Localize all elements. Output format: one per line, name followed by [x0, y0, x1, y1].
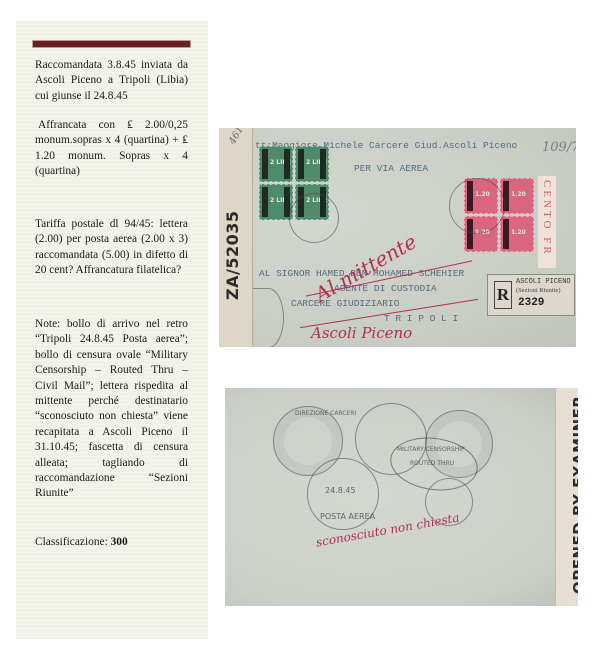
envelope-back-image: DIREZIONE CARCERI 24.8.45 POSTA AEREA MI…: [225, 388, 578, 606]
censor-tape: 461 ZA/52035: [219, 128, 253, 347]
stamp: 1.20: [500, 178, 534, 214]
title-paragraph: Raccomandata 3.8.45 inviata da Ascoli Pi…: [35, 58, 188, 104]
registration-number: 2329: [518, 297, 544, 309]
prison-stamp-text: DIREZIONE CARCERI: [295, 410, 356, 417]
arrival-text: POSTA AEREA: [320, 512, 375, 521]
registration-label: R ASCOLI PICENO (Sezioni Riunite) 2329: [487, 274, 575, 316]
airmail-line: PER VIA AEREA: [354, 163, 428, 174]
stamp: 2 LIRE: [259, 146, 293, 182]
censor-tape-number: ZA/52035: [223, 211, 242, 301]
classification-label: Classificazione:: [35, 536, 108, 548]
censorship-line-1: MILITARY CENSORSHIP: [397, 446, 465, 453]
address-line-3: CARCERE GIUDIZIARIO: [291, 298, 399, 309]
stamp: 2 LIRE: [259, 184, 293, 220]
censor-strip-text: OPENED BY EXAMINER: [570, 396, 578, 594]
departure-postmark: [449, 178, 505, 234]
stamp: 1.20: [500, 216, 534, 252]
sheet-margin: CENTO FR: [538, 176, 556, 268]
transit-postmark: [253, 288, 284, 347]
arrival-date: 24.8.45: [325, 486, 356, 495]
censorship-line-2: ROUTED THRU: [410, 460, 454, 467]
description-panel: Raccomandata 3.8.45 inviata da Ascoli Pi…: [16, 21, 208, 639]
censor-strip: P.C. 90 OPENED BY EXAMINER: [555, 388, 578, 606]
censor-handwriting: 461: [227, 128, 246, 147]
postmark: [289, 193, 339, 243]
notes-paragraph: Note: bollo di arrivo nel retro “Tripoli…: [35, 317, 188, 502]
registration-office: ASCOLI PICENO: [516, 278, 571, 286]
classification-value: 300: [111, 536, 128, 548]
envelope-front-image: 461 ZA/52035 tt:Maggiore Michele Carcere…: [219, 128, 576, 347]
tariff-paragraph: Tariffa postale dl 94/45: lettera (2.00)…: [35, 217, 188, 279]
registration-section: (Sezioni Riunite): [516, 287, 561, 294]
franking-paragraph: Affrancata con ₤ 2.00/0,25 monum.sopras …: [35, 118, 188, 180]
registration-letter: R: [494, 281, 512, 309]
stamp: 2 LIRE: [295, 146, 329, 182]
address-line-4: T R I P O L I: [384, 313, 458, 324]
red-handwriting-city: Ascoli Piceno: [311, 324, 412, 342]
classification: Classificazione: 300: [35, 535, 188, 550]
pencil-reference: 109/75: [542, 140, 576, 155]
header-rule: [33, 41, 190, 47]
